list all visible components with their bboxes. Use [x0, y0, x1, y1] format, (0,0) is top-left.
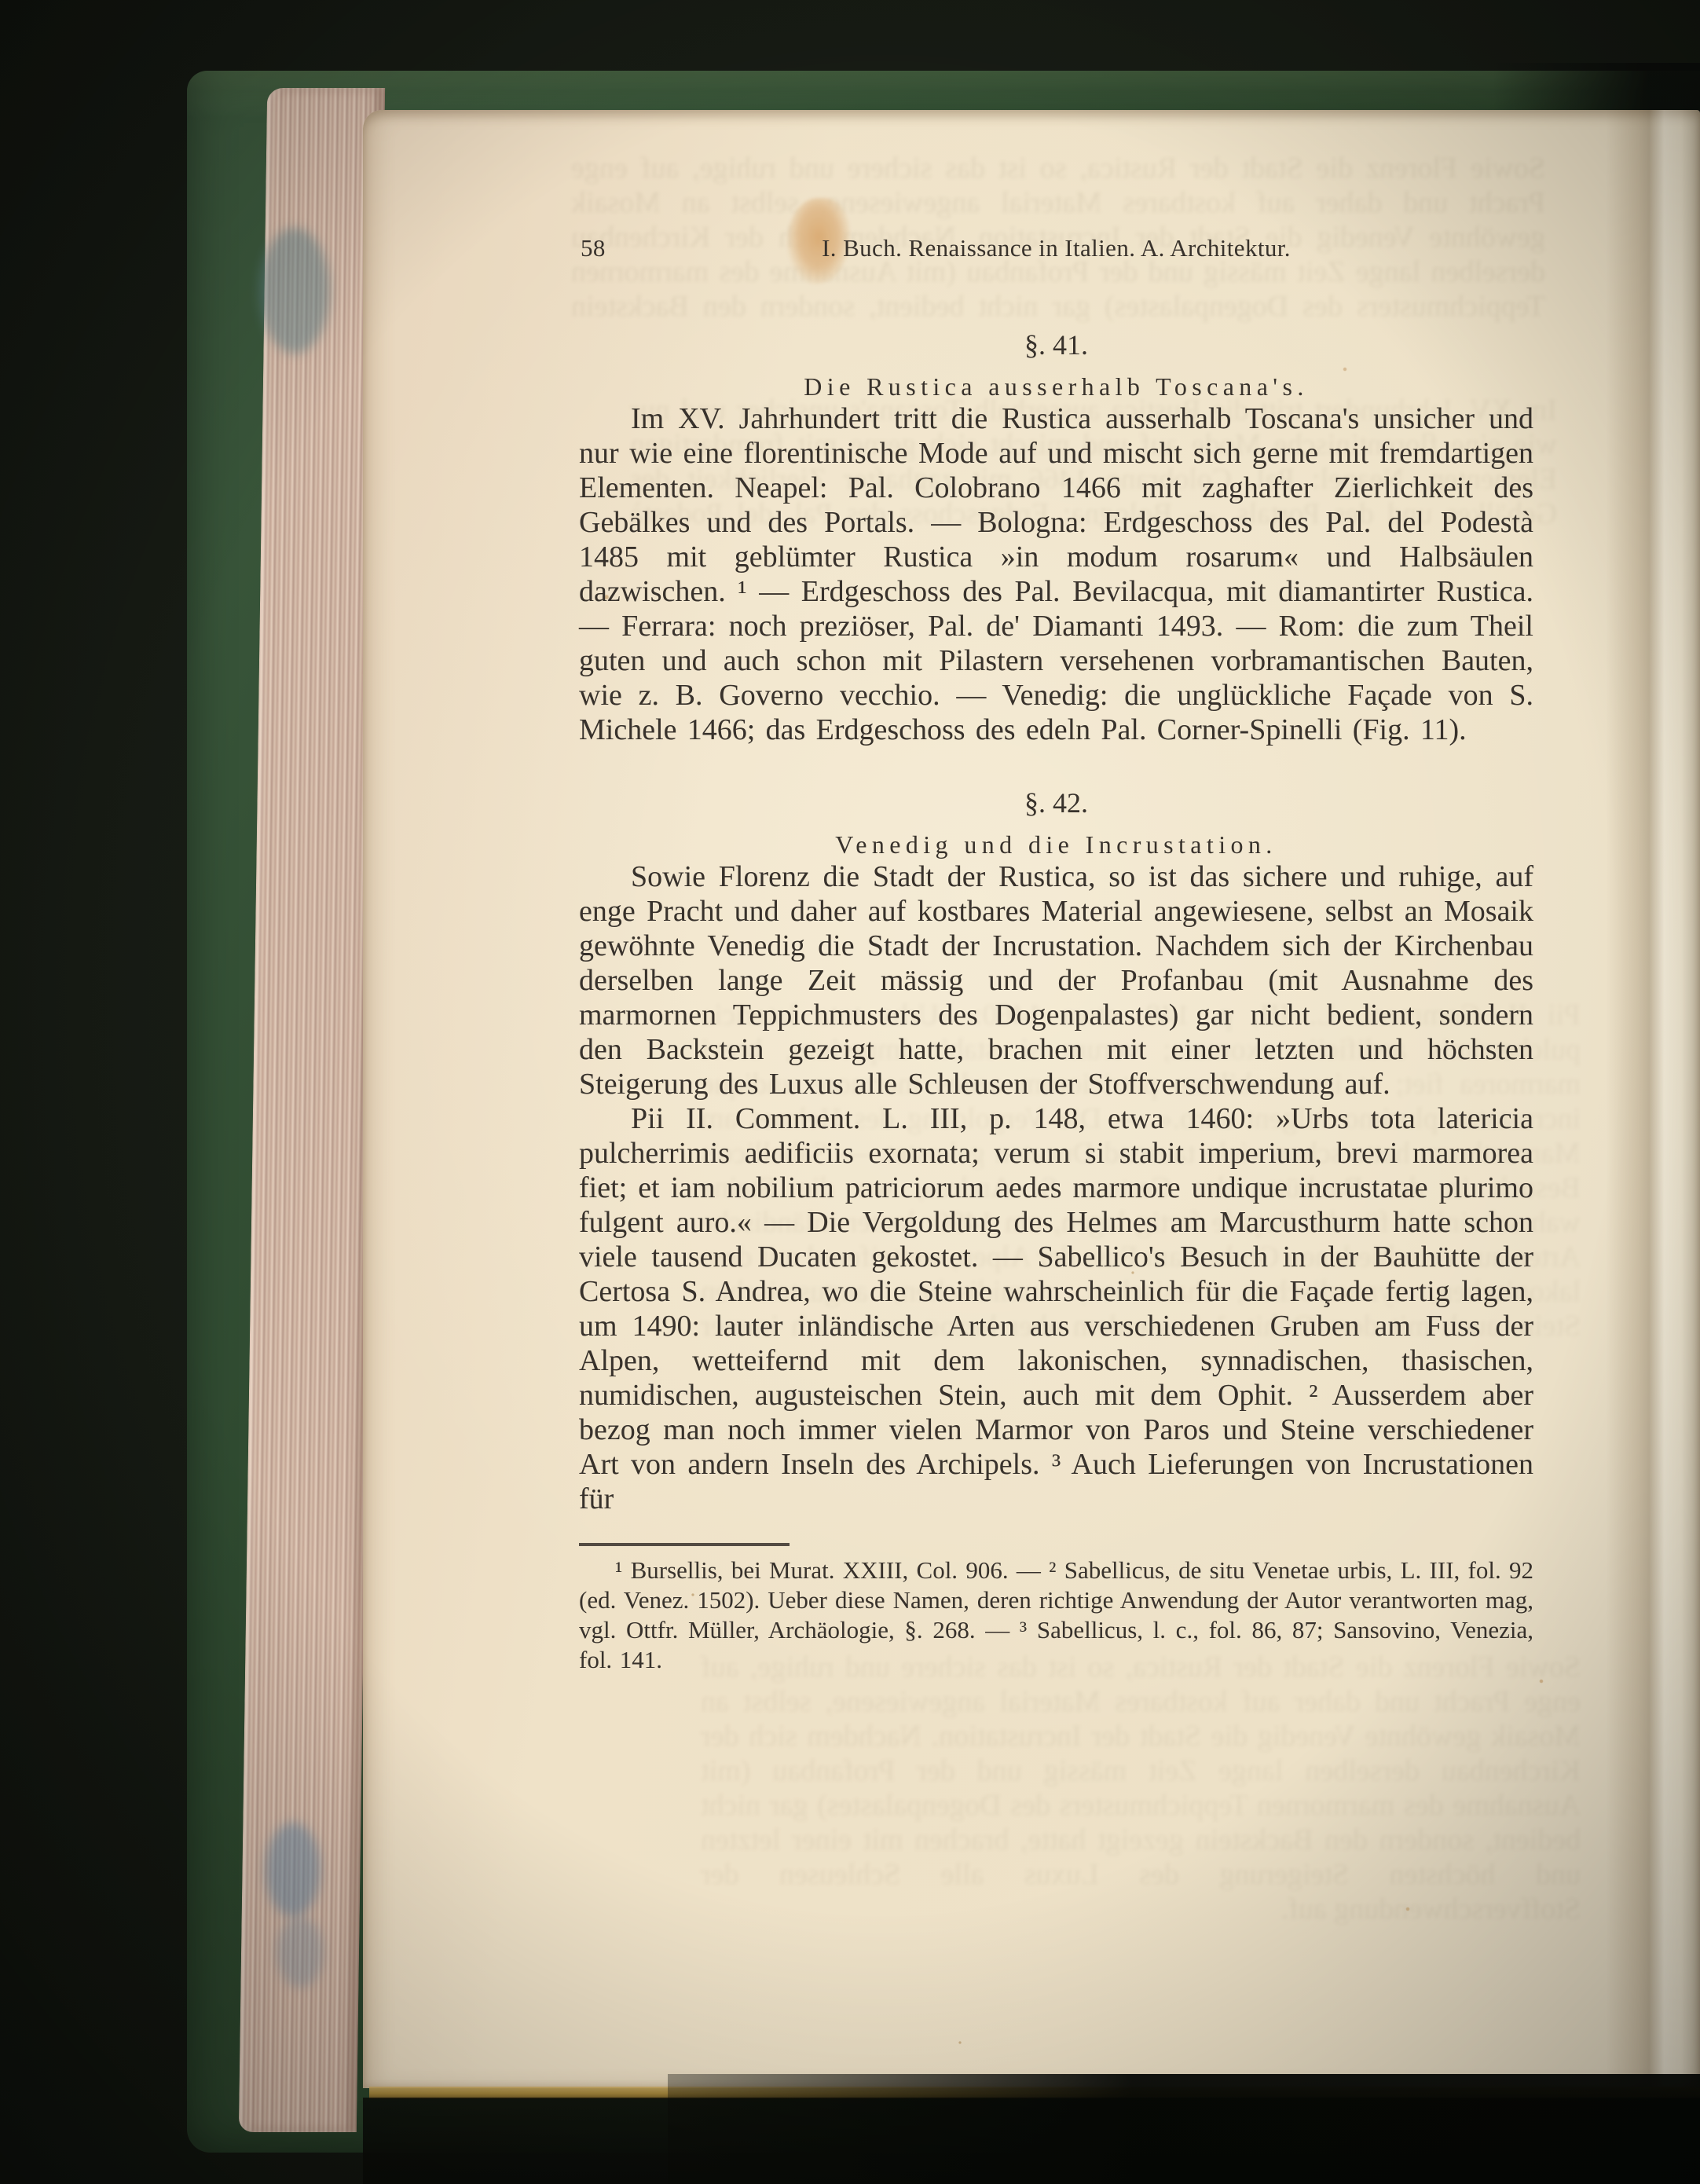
section-41-paragraph: Im XV. Jahrhundert tritt die Rustica aus… [579, 401, 1533, 747]
section-41-title: Die Rustica ausserhalb Toscana's. [579, 372, 1533, 401]
photo-background: Sowie Florenz die Stadt der Rustica, so … [0, 0, 1700, 2184]
book-page: Sowie Florenz die Stadt der Rustica, so … [363, 110, 1700, 2088]
fore-edge-marbling [277, 1917, 324, 1988]
section-42-paragraph-1: Sowie Florenz die Stadt der Rustica, so … [579, 859, 1533, 1101]
running-header: I. Buch. Renaissance in Italien. A. Arch… [822, 234, 1291, 262]
section-41-number: §. 41. [579, 328, 1533, 361]
running-header-row: 58 I. Buch. Renaissance in Italien. A. A… [579, 234, 1533, 262]
section-42-title: Venedig und die Incrustation. [579, 830, 1533, 859]
fore-edge-marbling [266, 1823, 321, 1917]
text-block: 58 I. Buch. Renaissance in Italien. A. A… [579, 110, 1533, 1675]
section-42-paragraph-2: Pii II. Comment. L. III, p. 148, etwa 14… [579, 1101, 1533, 1516]
footnotes: ¹ Bursellis, bei Murat. XXIII, Col. 906.… [579, 1556, 1533, 1675]
footnote-rule [579, 1543, 790, 1546]
fore-edge-marbling [259, 228, 330, 354]
section-42-number: §. 42. [579, 786, 1533, 819]
cover-shadow-bottom [668, 2074, 1700, 2184]
page-gutter-fold [1606, 110, 1700, 2088]
page-number: 58 [581, 234, 606, 262]
